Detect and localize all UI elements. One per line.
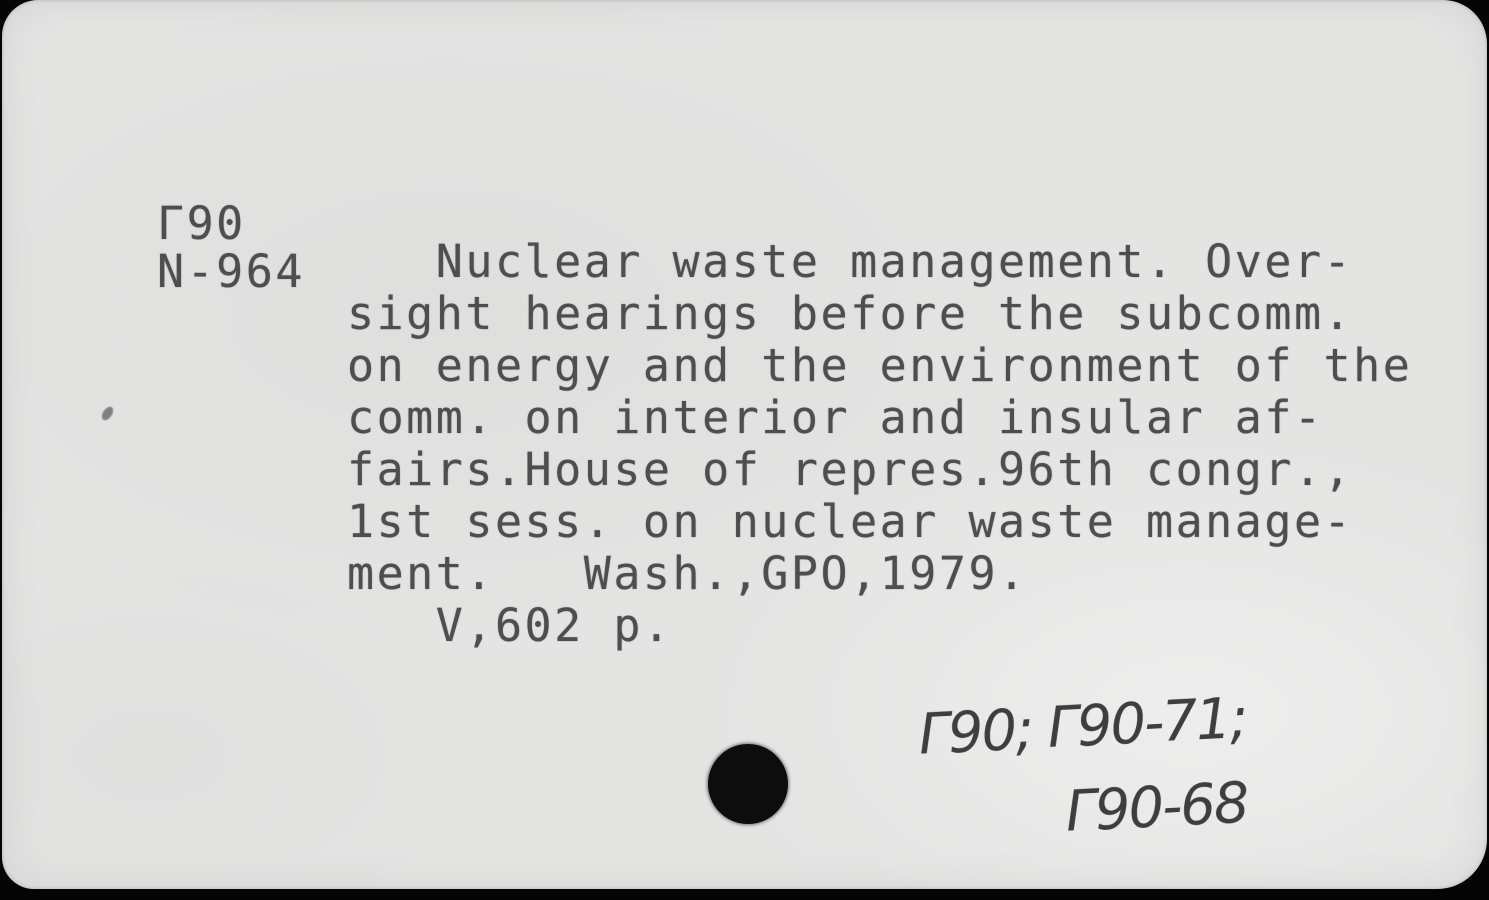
- paper-speck: [99, 405, 115, 422]
- handwritten-shelf-marks-line2: Г90-68: [1064, 770, 1249, 844]
- call-number: Г90 N-964: [157, 200, 305, 296]
- catalog-card: Г90 N-964 Nuclear waste management. Over…: [2, 0, 1487, 889]
- handwritten-shelf-marks-line1: Г90; Г90-71;: [917, 686, 1248, 768]
- bibliographic-entry: Nuclear waste management. Over- sight he…: [347, 236, 1412, 652]
- ink-dot: [708, 744, 788, 824]
